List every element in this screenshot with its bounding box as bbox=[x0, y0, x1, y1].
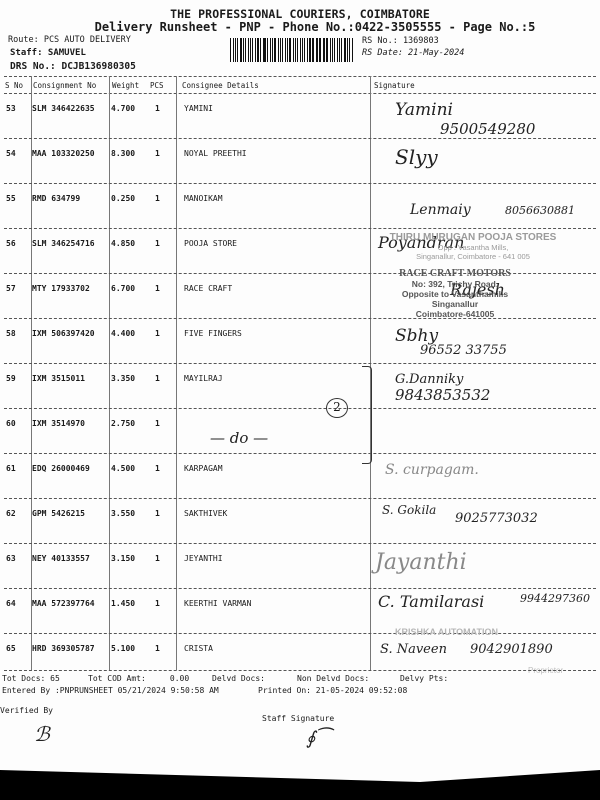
consignment-number: IXM 3514970 bbox=[32, 419, 85, 428]
barcode-bar bbox=[324, 38, 325, 62]
entered-by: Entered By :PNPRUNSHEET 05/21/2024 9:50:… bbox=[2, 686, 219, 695]
consignment-number: NEY 40133557 bbox=[32, 554, 90, 563]
barcode-bar bbox=[274, 38, 276, 62]
row-weight: 4.700 bbox=[111, 104, 135, 113]
consignee-name: RACE CRAFT bbox=[184, 284, 232, 293]
barcode-bar bbox=[334, 38, 335, 62]
row-pieces: 1 bbox=[155, 374, 160, 383]
consignee-name: POOJA STORE bbox=[184, 239, 237, 248]
divider bbox=[4, 93, 596, 94]
table-row: 63NEY 401335573.1501JEYANTHIJayanthi bbox=[0, 546, 600, 591]
table-row: 60IXM 35149702.7501— do — bbox=[0, 411, 600, 456]
recipient-signature: Lenmaiy bbox=[410, 202, 471, 218]
staff-signature-label: Staff Signature bbox=[262, 714, 334, 723]
pooja-stores-stamp: THIRU MURUGAN POOJA STORES Opp : Vasanth… bbox=[378, 232, 568, 261]
handwritten-phone-note: — do — bbox=[210, 429, 268, 447]
barcode-bar bbox=[304, 38, 305, 62]
non-delivered-docs: Non Delvd Docs: bbox=[297, 674, 369, 683]
company-title: THE PROFESSIONAL COURIERS, COIMBATORE bbox=[0, 7, 600, 21]
row-pieces: 1 bbox=[155, 104, 160, 113]
consignment-number: MAA 103320250 bbox=[32, 149, 95, 158]
barcode-bar bbox=[280, 38, 281, 62]
delivery-points: Delvy Pts: bbox=[400, 674, 448, 683]
recipient-signature: G.Danniky bbox=[395, 372, 463, 387]
row-serial-number: 62 bbox=[6, 509, 16, 518]
barcode-bar bbox=[237, 38, 238, 62]
row-weight: 4.400 bbox=[111, 329, 135, 338]
consignee-name: MANOIKAM bbox=[184, 194, 223, 203]
barcode-bar bbox=[257, 38, 259, 62]
barcode-bar bbox=[240, 38, 242, 62]
row-weight: 3.150 bbox=[111, 554, 135, 563]
barcode-bar bbox=[233, 38, 234, 62]
table-row: 53SLM 3464226354.7001YAMINIYamini9500549… bbox=[0, 96, 600, 141]
table-row: 64MAA 5723977641.4501KEERTHI VARMANC. Ta… bbox=[0, 591, 600, 636]
handwritten-phone-note: 9042901890 bbox=[470, 642, 553, 657]
table-row: 58IXM 5063974204.4001FIVE FINGERSSbhy965… bbox=[0, 321, 600, 366]
row-weight: 6.700 bbox=[111, 284, 135, 293]
consignee-name: FIVE FINGERS bbox=[184, 329, 242, 338]
recipient-signature: C. Tamilarasi bbox=[378, 592, 484, 611]
consignment-number: SLM 346254716 bbox=[32, 239, 95, 248]
row-serial-number: 56 bbox=[6, 239, 16, 248]
row-pieces: 1 bbox=[155, 239, 160, 248]
barcode-bar bbox=[316, 38, 317, 62]
row-pieces: 1 bbox=[155, 644, 160, 653]
row-serial-number: 65 bbox=[6, 644, 16, 653]
col-header-signature: Signature bbox=[374, 81, 415, 90]
route-label: Route: PCS AUTO DELIVERY bbox=[8, 35, 131, 45]
row-divider bbox=[4, 498, 596, 499]
col-header-sno: S No bbox=[5, 81, 23, 90]
recipient-signature: Slyy bbox=[395, 145, 438, 169]
delivered-docs: Delvd Docs: bbox=[212, 674, 265, 683]
total-cod-amount: Tot COD Amt: 0.00 bbox=[88, 674, 189, 683]
consignee-name: JEYANTHI bbox=[184, 554, 223, 563]
recipient-signature: S. curpagam. bbox=[385, 462, 479, 478]
handwritten-phone-note: 9500549280 bbox=[440, 120, 535, 138]
barcode-bar bbox=[332, 38, 333, 62]
barcode-bar bbox=[263, 38, 264, 62]
recipient-signature: S. Naveen bbox=[380, 642, 447, 657]
drs-number: DRS No.: DCJB136980305 bbox=[10, 61, 136, 72]
row-weight: 1.450 bbox=[111, 599, 135, 608]
barcode-bar bbox=[339, 38, 340, 62]
barcode-bar bbox=[347, 38, 348, 62]
row-serial-number: 54 bbox=[6, 149, 16, 158]
row-divider bbox=[4, 543, 596, 544]
recipient-signature: Jayanthi bbox=[375, 550, 467, 575]
barcode-bar bbox=[352, 38, 353, 62]
col-header-weight: Weight bbox=[112, 81, 139, 90]
barcode-bar bbox=[344, 38, 346, 62]
row-pieces: 1 bbox=[155, 464, 160, 473]
consignee-name: KEERTHI VARMAN bbox=[184, 599, 251, 608]
barcode-bar bbox=[349, 38, 350, 62]
handwritten-phone-note: 9025773032 bbox=[455, 511, 538, 526]
barcode-bar bbox=[245, 38, 246, 62]
row-weight: 4.500 bbox=[111, 464, 135, 473]
col-header-consignee: Consignee Details bbox=[182, 81, 259, 90]
handwritten-phone-note: 96552 33755 bbox=[420, 343, 507, 358]
race-craft-stamp: RACE CRAFT MOTORS No: 392, Trichy Road, … bbox=[385, 268, 525, 319]
consignee-name: CRISTA bbox=[184, 644, 213, 653]
barcode-bar bbox=[267, 38, 268, 62]
handwritten-phone-note: 9843853532 bbox=[395, 386, 490, 404]
row-weight: 5.100 bbox=[111, 644, 135, 653]
consignment-number: EDQ 26000469 bbox=[32, 464, 90, 473]
table-row: 54MAA 1033202508.3001NOYAL PREETHISlyy bbox=[0, 141, 600, 186]
consignment-number: IXM 3515011 bbox=[32, 374, 85, 383]
row-divider bbox=[4, 363, 596, 364]
stamp-text: Singanallur bbox=[385, 299, 525, 309]
row-pieces: 1 bbox=[155, 329, 160, 338]
row-weight: 3.550 bbox=[111, 509, 135, 518]
row-weight: 4.850 bbox=[111, 239, 135, 248]
barcode-bar bbox=[307, 38, 308, 62]
barcode-bar bbox=[272, 38, 273, 62]
row-divider bbox=[4, 633, 596, 634]
staff-label: Staff: SAMUVEL bbox=[10, 48, 86, 58]
stamp-text: Coimbatore-641005 bbox=[385, 309, 525, 319]
consignee-name: SAKTHIVEK bbox=[184, 509, 227, 518]
barcode-bar bbox=[319, 38, 320, 62]
barcode-bar bbox=[323, 38, 324, 62]
barcode-bar bbox=[278, 38, 279, 62]
row-divider bbox=[4, 588, 596, 589]
krishka-stamp: KRISHKA AUTOMATION bbox=[395, 627, 498, 637]
row-serial-number: 60 bbox=[6, 419, 16, 428]
barcode-bar bbox=[250, 38, 251, 62]
row-weight: 3.350 bbox=[111, 374, 135, 383]
row-serial-number: 57 bbox=[6, 284, 16, 293]
row-divider bbox=[4, 453, 596, 454]
row-divider bbox=[4, 138, 596, 139]
row-pieces: 1 bbox=[155, 554, 160, 563]
circled-number: 2 bbox=[326, 398, 348, 418]
barcode-bar bbox=[248, 38, 249, 62]
table-row: 55RMD 6347990.2501MANOIKAMLenmaiy8056630… bbox=[0, 186, 600, 231]
stamp-text: Opp : Vasantha Mills, bbox=[378, 243, 568, 252]
barcode-bar bbox=[264, 38, 265, 62]
col-header-consignment: Consignment No bbox=[33, 81, 96, 90]
table-row: 59IXM 35150113.3501MAYILRAJG.Danniky9843… bbox=[0, 366, 600, 411]
barcode-bar bbox=[337, 38, 338, 62]
consignment-number: IXM 506397420 bbox=[32, 329, 95, 338]
consignment-number: SLM 346422635 bbox=[32, 104, 95, 113]
stamp-text: Singanallur, Coimbatore - 641 005 bbox=[378, 252, 568, 261]
divider bbox=[4, 670, 596, 671]
barcode-bar bbox=[289, 38, 291, 62]
barcode-bar bbox=[235, 38, 236, 62]
table-row: 61EDQ 260004694.5001KARPAGAMS. curpagam. bbox=[0, 456, 600, 501]
stamp-text: No: 392, Trichy Road, bbox=[385, 279, 525, 289]
barcode-bar bbox=[252, 38, 253, 62]
rs-number: RS No.: 1369803 bbox=[362, 36, 439, 46]
consignment-number: MAA 572397764 bbox=[32, 599, 95, 608]
consignee-name: KARPAGAM bbox=[184, 464, 223, 473]
rs-date: RS Date: 21-May-2024 bbox=[362, 48, 464, 58]
barcode-bar bbox=[300, 38, 301, 62]
delivery-runsheet: THE PROFESSIONAL COURIERS, COIMBATORE De… bbox=[0, 0, 600, 800]
consignment-number: MTY 17933702 bbox=[32, 284, 90, 293]
row-weight: 8.300 bbox=[111, 149, 135, 158]
staff-signature: ∮⁀ bbox=[306, 728, 330, 749]
row-serial-number: 55 bbox=[6, 194, 16, 203]
row-serial-number: 58 bbox=[6, 329, 16, 338]
row-pieces: 1 bbox=[155, 194, 160, 203]
barcode-bar bbox=[330, 38, 331, 62]
verified-by-label: Verified By bbox=[0, 706, 53, 715]
consignment-number: RMD 634799 bbox=[32, 194, 80, 203]
barcode-bar bbox=[326, 38, 328, 62]
row-weight: 2.750 bbox=[111, 419, 135, 428]
verifier-signature: ℬ bbox=[34, 722, 50, 746]
row-pieces: 1 bbox=[155, 599, 160, 608]
consignee-name: YAMINI bbox=[184, 104, 213, 113]
table-row: 62GPM 54262153.5501SAKTHIVEKS. Gokila902… bbox=[0, 501, 600, 546]
row-pieces: 1 bbox=[155, 419, 160, 428]
barcode-bar bbox=[293, 38, 294, 62]
printed-on: Printed On: 21-05-2024 09:52:08 bbox=[258, 686, 407, 695]
total-docs: Tot Docs: 65 bbox=[2, 674, 60, 683]
barcode-bar bbox=[295, 38, 296, 62]
handwritten-phone-note: 9944297360 bbox=[520, 592, 590, 605]
barcode-bar bbox=[255, 38, 256, 62]
barcode-bar bbox=[243, 38, 244, 62]
barcode-bar bbox=[230, 38, 231, 62]
barcode-bar bbox=[312, 38, 313, 62]
consignee-name: MAYILRAJ bbox=[184, 374, 223, 383]
barcode-bar bbox=[282, 38, 283, 62]
row-serial-number: 61 bbox=[6, 464, 16, 473]
row-serial-number: 63 bbox=[6, 554, 16, 563]
barcode-bar bbox=[297, 38, 298, 62]
recipient-signature: S. Gokila bbox=[382, 503, 436, 517]
barcode-bar bbox=[260, 38, 261, 62]
col-header-pcs: PCS bbox=[150, 81, 164, 90]
row-pieces: 1 bbox=[155, 149, 160, 158]
handwritten-phone-note: 8056630881 bbox=[505, 204, 575, 217]
barcode-bar bbox=[285, 38, 286, 62]
recipient-signature: Yamini bbox=[395, 100, 453, 120]
barcode-bar bbox=[341, 38, 342, 62]
stamp-text: THIRU MURUGAN POOJA STORES bbox=[378, 232, 568, 243]
divider bbox=[4, 76, 596, 77]
row-serial-number: 64 bbox=[6, 599, 16, 608]
row-serial-number: 59 bbox=[6, 374, 16, 383]
stamp-text: Opposite to Vasanthamills bbox=[385, 289, 525, 299]
row-divider bbox=[4, 408, 596, 409]
barcode-bar bbox=[270, 38, 271, 62]
barcode-bar bbox=[317, 38, 318, 62]
row-divider bbox=[4, 228, 596, 229]
consignment-number: GPM 5426215 bbox=[32, 509, 85, 518]
barcode-icon bbox=[230, 38, 354, 62]
barcode-bar bbox=[287, 38, 288, 62]
row-weight: 0.250 bbox=[111, 194, 135, 203]
bracket-mark bbox=[362, 366, 372, 464]
scan-edge bbox=[0, 770, 600, 800]
runsheet-subtitle: Delivery Runsheet - PNP - Phone No.:0422… bbox=[0, 20, 600, 34]
barcode-bar bbox=[309, 38, 311, 62]
row-pieces: 1 bbox=[155, 284, 160, 293]
consignee-name: NOYAL PREETHI bbox=[184, 149, 247, 158]
stamp-text: RACE CRAFT MOTORS bbox=[385, 268, 525, 279]
row-divider bbox=[4, 183, 596, 184]
barcode-bar bbox=[302, 38, 303, 62]
consignment-number: HRD 369305787 bbox=[32, 644, 95, 653]
row-pieces: 1 bbox=[155, 509, 160, 518]
row-serial-number: 53 bbox=[6, 104, 16, 113]
